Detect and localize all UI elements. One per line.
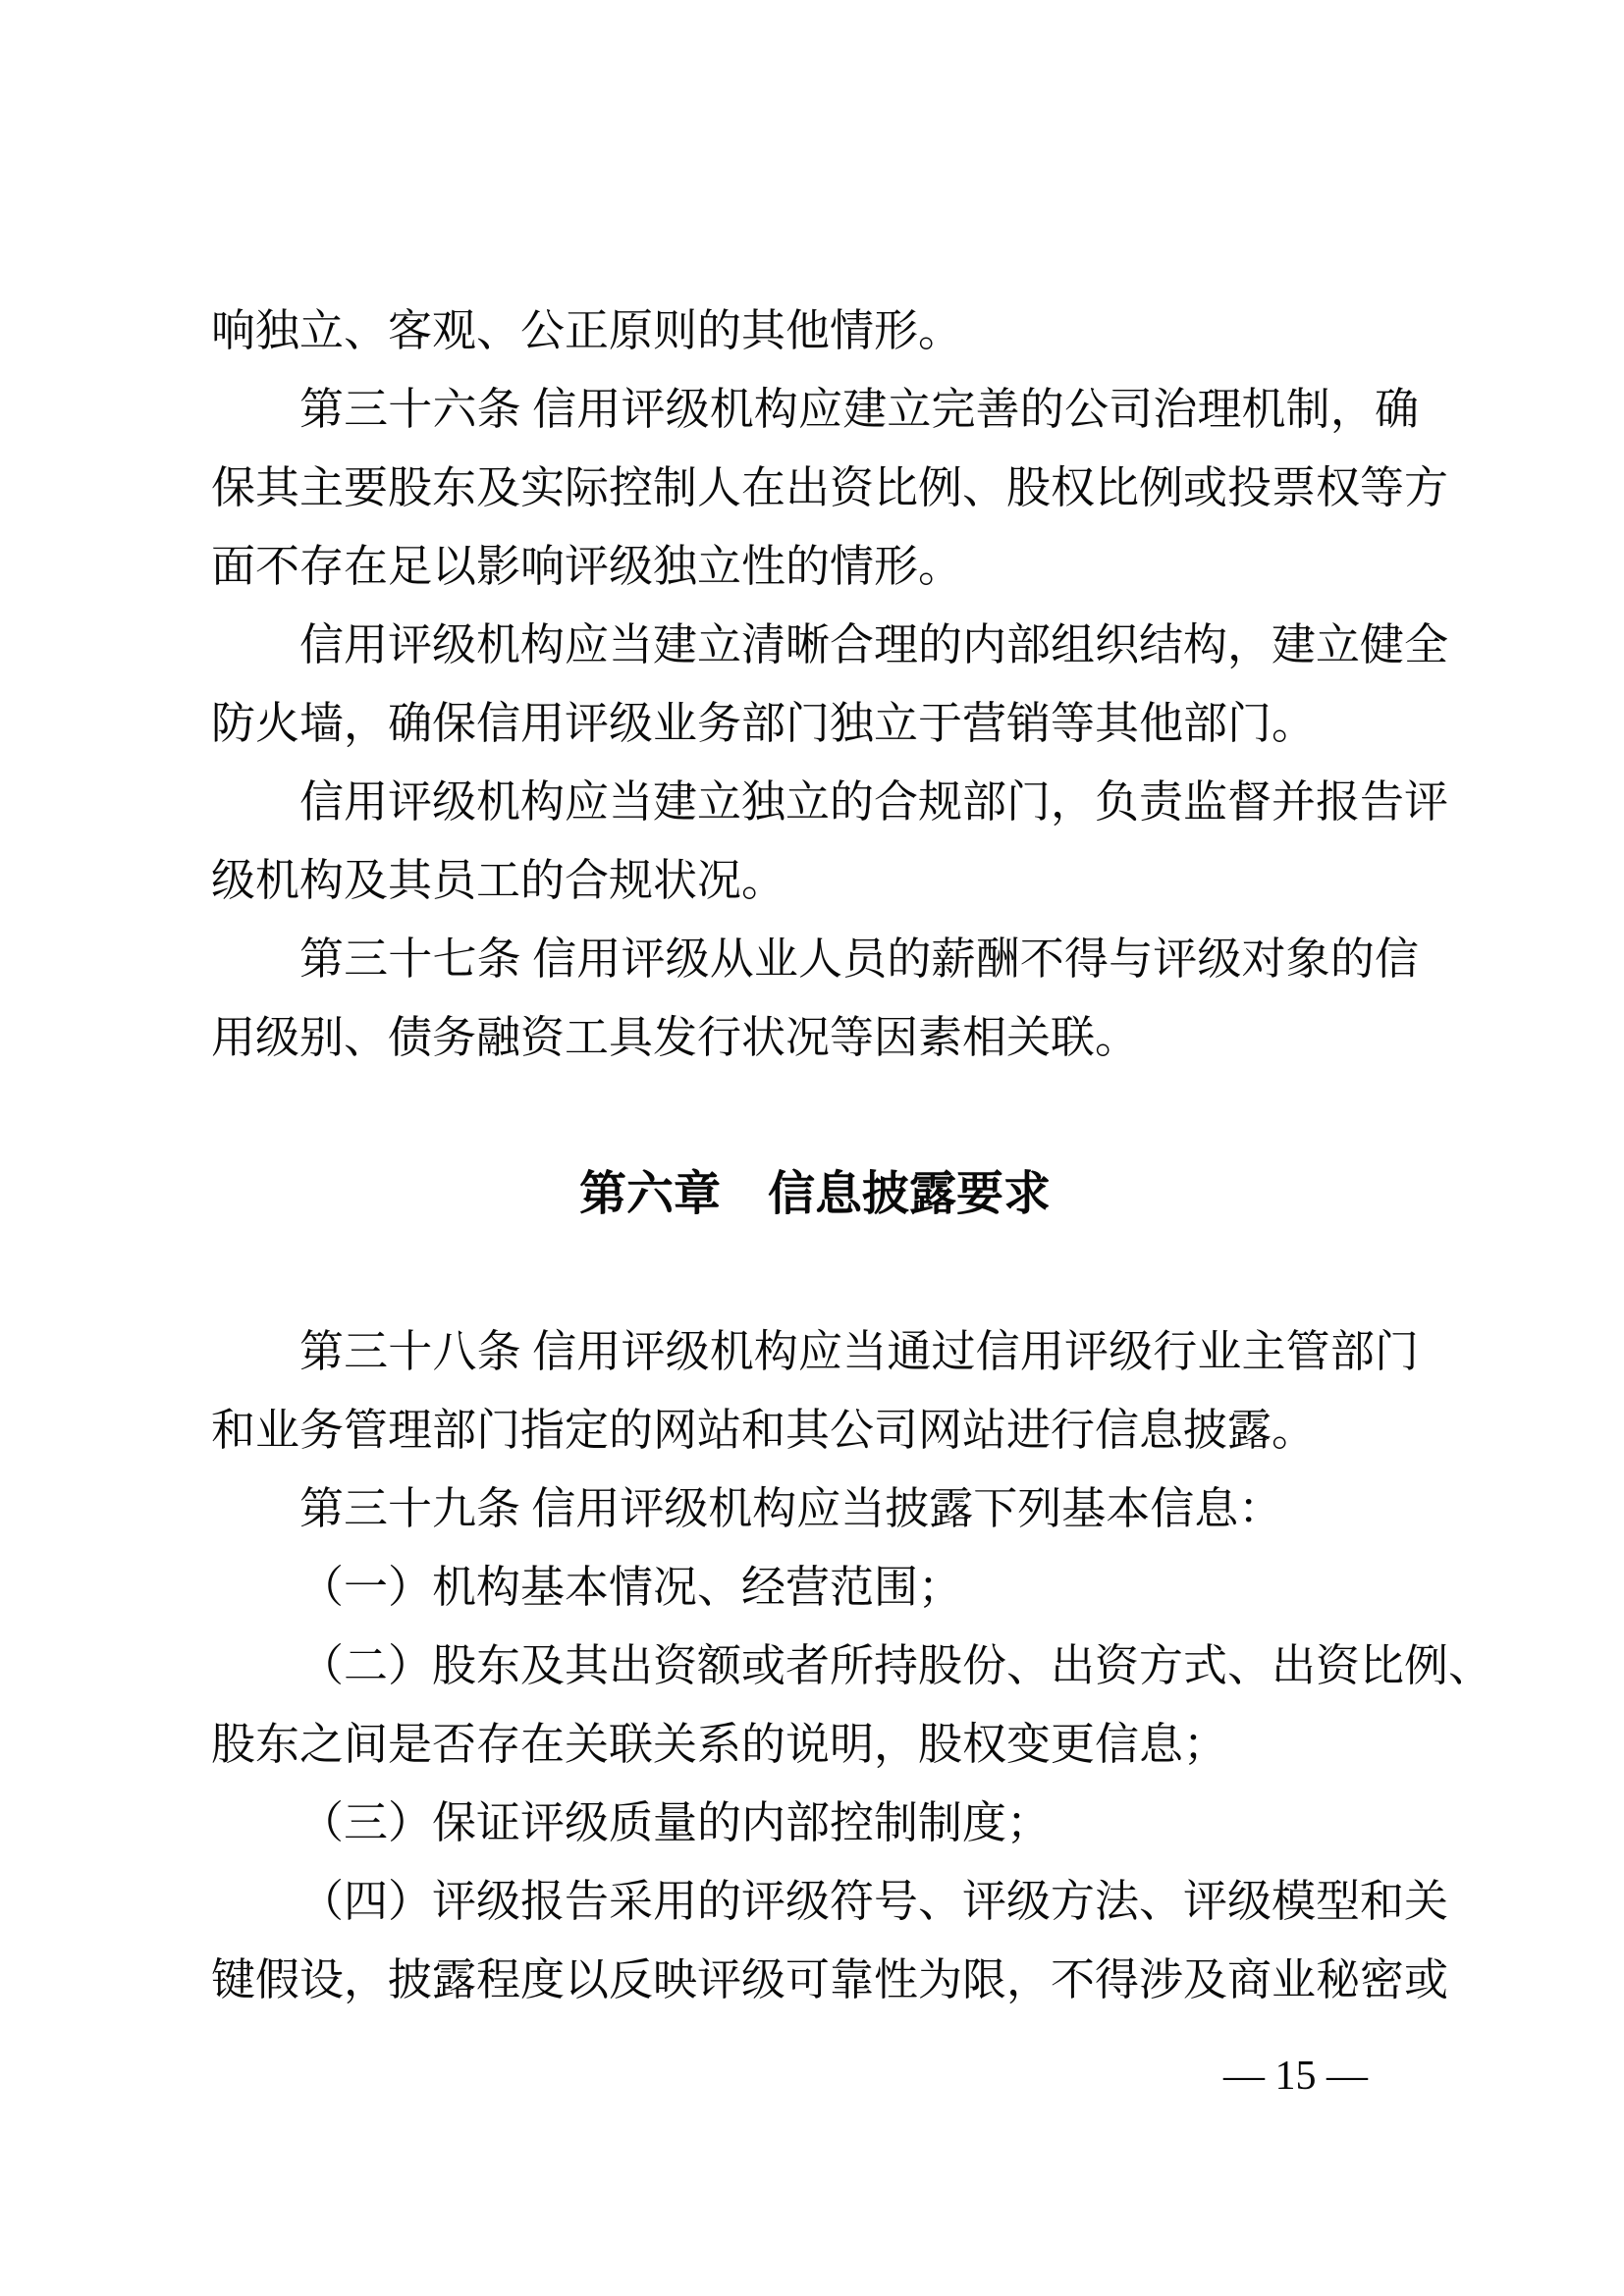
- page-number: — 15 —: [211, 2037, 1419, 2115]
- text-line: 级机构及其员工的合规状况。: [211, 841, 1419, 920]
- text-line: 保其主要股东及实际控制人在出资比例、股权比例或投票权等方: [211, 449, 1419, 527]
- text-line: （四）评级报告采用的评级符号、评级方法、评级模型和关: [211, 1862, 1419, 1941]
- text-line: 第三十六条 信用评级机构应建立完善的公司治理机制，确: [211, 370, 1419, 449]
- text-line: （一）机构基本情况、经营范围；: [211, 1548, 1419, 1627]
- text-line: 股东之间是否存在关联关系的说明，股权变更信息；: [211, 1705, 1419, 1784]
- text-line: 面不存在足以影响评级独立性的情形。: [211, 527, 1419, 606]
- text-line: 信用评级机构应当建立清晰合理的内部组织结构，建立健全: [211, 606, 1419, 684]
- text-line: 响独立、客观、公正原则的其他情形。: [211, 292, 1419, 370]
- text-line: 信用评级机构应当建立独立的合规部门，负责监督并报告评: [211, 763, 1419, 841]
- text-line: 和业务管理部门指定的网站和其公司网站进行信息披露。: [211, 1391, 1419, 1469]
- text-line: 第三十八条 信用评级机构应当通过信用评级行业主管部门: [211, 1312, 1419, 1391]
- text-line: 第三十七条 信用评级从业人员的薪酬不得与评级对象的信: [211, 920, 1419, 998]
- text-line: 用级别、债务融资工具发行状况等因素相关联。: [211, 998, 1419, 1077]
- text-line: 键假设，披露程度以反映评级可靠性为限，不得涉及商业秘密或: [211, 1941, 1419, 2019]
- text-line: （二）股东及其出资额或者所持股份、出资方式、出资比例、: [211, 1627, 1419, 1705]
- text-line: 防火墙，确保信用评级业务部门独立于营销等其他部门。: [211, 684, 1419, 763]
- text-line: （三）保证评级质量的内部控制制度；: [211, 1784, 1419, 1862]
- chapter-heading: 第六章 信息披露要求: [211, 1155, 1419, 1234]
- text-line: 第三十九条 信用评级机构应当披露下列基本信息：: [211, 1469, 1419, 1548]
- document-body: 响独立、客观、公正原则的其他情形。 第三十六条 信用评级机构应建立完善的公司治理…: [211, 292, 1419, 2115]
- document-page: 响独立、客观、公正原则的其他情形。 第三十六条 信用评级机构应建立完善的公司治理…: [0, 0, 1624, 2296]
